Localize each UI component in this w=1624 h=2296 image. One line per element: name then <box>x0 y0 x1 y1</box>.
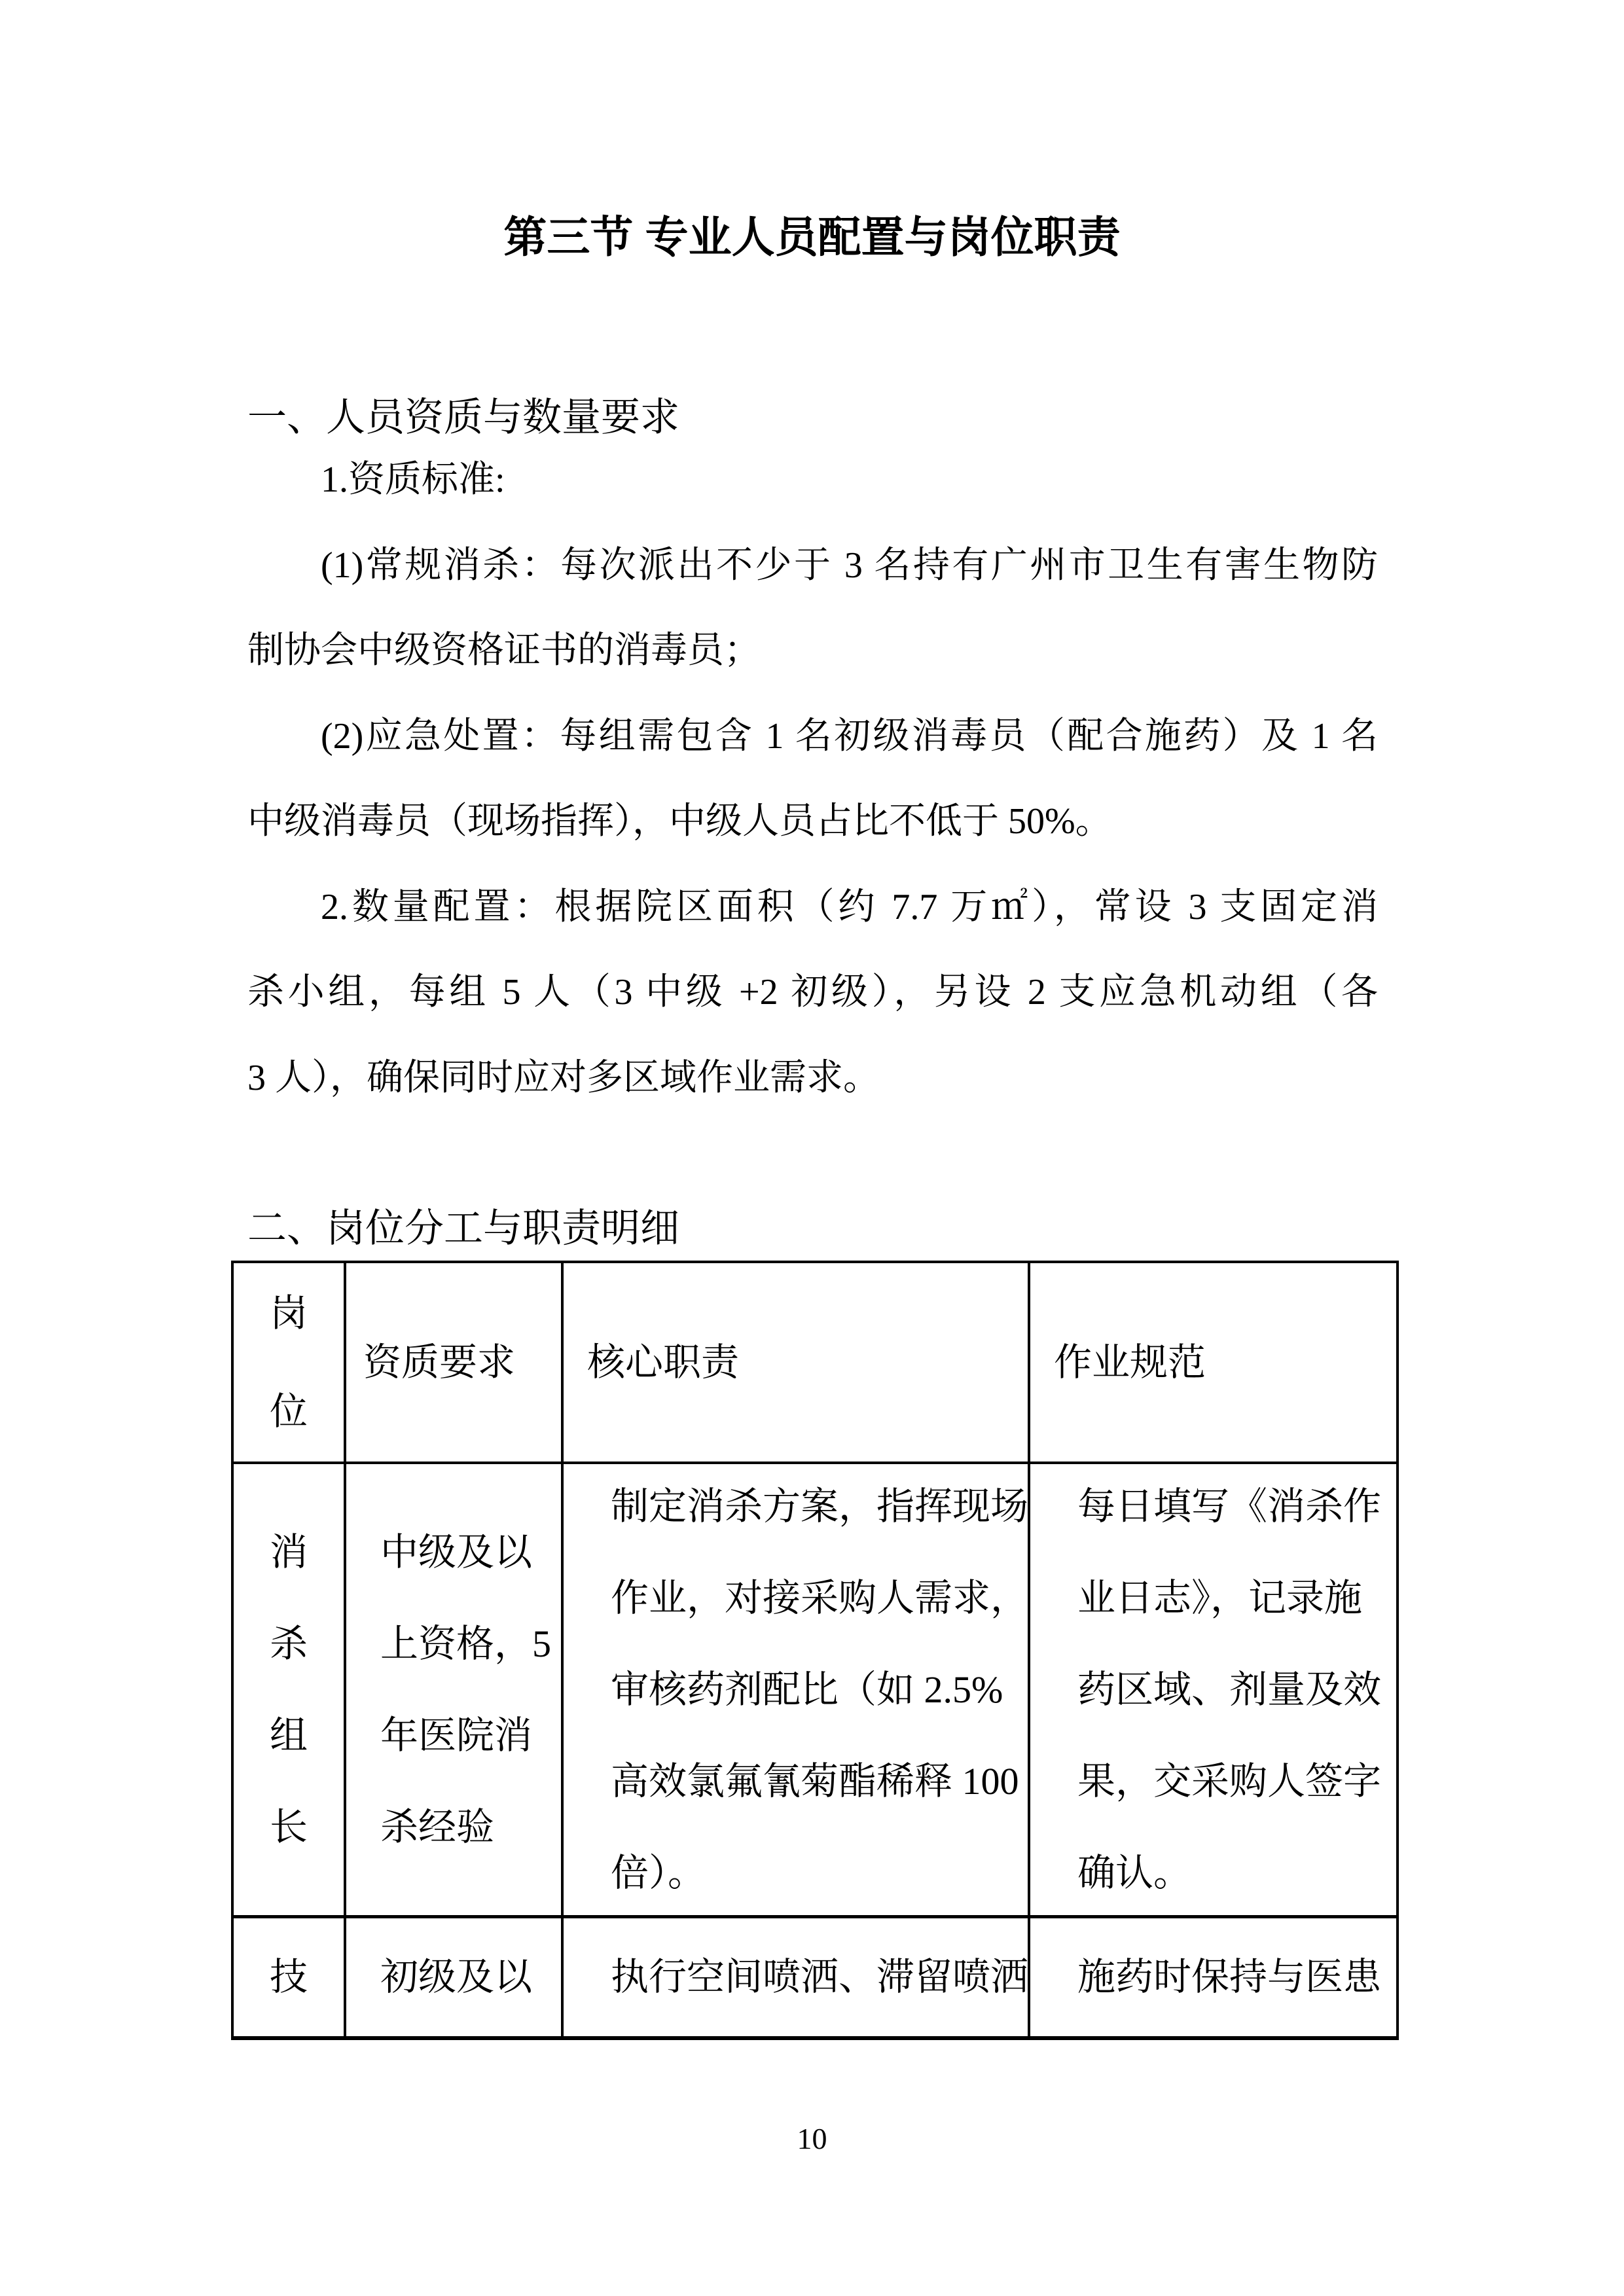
text-line: 果，交采购人签字 <box>1054 1736 1396 1827</box>
cell-work-standard: 每日填写《消杀作业日志》，记录施药区域、剂量及效果，交采购人签字确认。 <box>1030 1464 1396 1915</box>
page-number: 10 <box>0 2121 1624 2157</box>
cell-core-duty: 制定消杀方案，指挥现场作业，对接采购人需求，审核药剂配比（如 2.5%高效氯氟氰… <box>564 1464 1030 1915</box>
roles-table: 岗位 资质要求 核心职责 作业规范 消杀组长 中级及以上资格，5年医院消杀经验 … <box>231 1261 1399 2040</box>
paragraph-line: (1)常规消杀：每次派出不少于 3 名持有广州市卫生有害生物防 <box>247 543 1378 588</box>
paragraph-line: 2.数量配置：根据院区面积（约 7.7 万㎡），常设 3 支固定消 <box>247 884 1378 930</box>
text-line: 长 <box>234 1782 344 1873</box>
table-header-row: 岗位 资质要求 核心职责 作业规范 <box>234 1263 1396 1464</box>
text-line: 施药时保持与医患 <box>1054 1931 1396 2023</box>
text-line: 倍）。 <box>587 1827 1028 1916</box>
text-line: 高效氯氟氰菊酯稀释 100 <box>587 1736 1028 1827</box>
paragraph-line: (2)应急处置：每组需包含 1 名初级消毒员（配合施药）及 1 名 <box>247 713 1378 759</box>
text-line: 业日志》，记录施 <box>1054 1552 1396 1644</box>
text-line: 杀 <box>234 1598 344 1690</box>
text-line: 初级及以 <box>363 1931 561 2023</box>
paragraph-line: 制协会中级资格证书的消毒员； <box>247 628 1378 673</box>
document-title: 第三节 专业人员配置与岗位职责 <box>0 211 1624 263</box>
text-line: 制定消杀方案，指挥现场 <box>587 1464 1028 1552</box>
text-line: 组 <box>234 1690 344 1782</box>
text-line: 消 <box>234 1507 344 1598</box>
header-cell-core-duty: 核心职责 <box>564 1263 1030 1462</box>
text-line: 技 <box>234 1931 344 2023</box>
text-line: 药区域、剂量及效 <box>1054 1644 1396 1736</box>
text-line: 每日填写《消杀作 <box>1054 1464 1396 1552</box>
text-line: 中级及以 <box>363 1507 561 1598</box>
text-line: 年医院消 <box>363 1690 561 1782</box>
text-line: 位 <box>234 1363 344 1461</box>
cell-qualification: 中级及以上资格，5年医院消杀经验 <box>346 1464 564 1915</box>
paragraph-line: 1.资质标准: <box>247 457 1378 503</box>
header-cell-work-standard: 作业规范 <box>1030 1263 1396 1462</box>
paragraph-line: 杀小组，每组 5 人（3 中级 +2 初级），另设 2 支应急机动组（各 <box>247 969 1378 1015</box>
text-line: 上资格，5 <box>363 1598 561 1690</box>
cell-position: 消杀组长 <box>234 1464 346 1915</box>
document-page: 第三节 专业人员配置与岗位职责 一、人员资质与数量要求 1.资质标准: (1)常… <box>0 0 1624 2296</box>
text-line: 确认。 <box>1054 1827 1396 1916</box>
header-cell-qualification: 资质要求 <box>346 1263 564 1462</box>
cell-work-standard: 施药时保持与医患 <box>1030 1918 1396 2036</box>
section1-heading: 一、人员资质与数量要求 <box>247 393 679 442</box>
cell-position: 技 <box>234 1918 346 2036</box>
table-row-team-leader: 消杀组长 中级及以上资格，5年医院消杀经验 制定消杀方案，指挥现场作业，对接采购… <box>234 1464 1396 1918</box>
text-line: 作业，对接采购人需求， <box>587 1552 1028 1644</box>
header-cell-position: 岗位 <box>234 1263 346 1462</box>
cell-qualification: 初级及以 <box>346 1918 564 2036</box>
text-line: 执行空间喷洒、滞留喷洒 <box>587 1931 1028 2023</box>
text-line: 审核药剂配比（如 2.5% <box>587 1644 1028 1736</box>
text-line: 杀经验 <box>363 1782 561 1873</box>
cell-core-duty: 执行空间喷洒、滞留喷洒 <box>564 1918 1030 2036</box>
text-line: 岗 <box>234 1265 344 1363</box>
paragraph-line: 3 人），确保同时应对多区域作业需求。 <box>247 1055 1378 1101</box>
section2-heading: 二、岗位分工与职责明细 <box>247 1204 679 1253</box>
paragraph-line: 中级消毒员（现场指挥），中级人员占比不低于 50%。 <box>247 798 1378 844</box>
table-row-technician: 技 初级及以 执行空间喷洒、滞留喷洒 施药时保持与医患 <box>234 1918 1396 2036</box>
